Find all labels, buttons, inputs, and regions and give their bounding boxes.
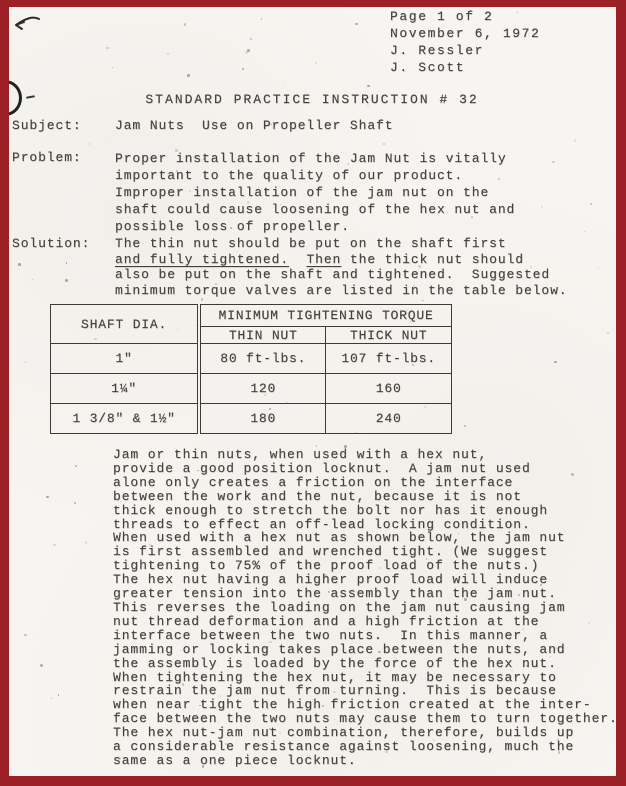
text-line: When used with a hex nut as shown below,… xyxy=(113,531,618,545)
table-cell: 80 ft-lbs. xyxy=(199,344,326,374)
text-line: tightening to 75% of the proof load of t… xyxy=(113,559,618,573)
table-header-thin-nut: THIN NUT xyxy=(199,327,326,344)
text-line: J. Ressler xyxy=(390,42,540,59)
text-line: provide a good position locknut. A jam n… xyxy=(113,462,618,476)
text-line: threads to effect an off-lead locking co… xyxy=(113,518,618,532)
pen-dash-mark xyxy=(26,95,35,99)
text-line: jamming or locking takes place between t… xyxy=(113,643,618,657)
text-line: also be put on the shaft and tightened. … xyxy=(115,267,567,283)
text-line: The thin nut should be put on the shaft … xyxy=(115,236,567,252)
table-row: 1 3/8" & 1½"180240 xyxy=(51,404,452,434)
text-line: between the work and the nut, because it… xyxy=(113,490,618,504)
text-line: alone only creates a friction on the int… xyxy=(113,476,618,490)
table-row: 1"80 ft-lbs.107 ft-lbs. xyxy=(51,344,452,374)
solution-text: The thin nut should be put on the shaft … xyxy=(115,236,567,298)
subject-text: Jam Nuts Use on Propeller Shaft xyxy=(115,118,393,133)
table-cell: 1 3/8" & 1½" xyxy=(51,404,200,434)
scanned-document-page: Page 1 of 2November 6, 1972J. ResslerJ. … xyxy=(0,0,626,786)
text-line: shaft could cause loosening of the hex n… xyxy=(115,201,515,218)
text-line: This reverses the loading on the jam nut… xyxy=(113,601,618,615)
table-cell: 107 ft-lbs. xyxy=(326,344,452,374)
table-header-thick-nut: THICK NUT xyxy=(326,327,452,344)
text-line: Page 1 of 2 xyxy=(390,8,540,25)
text-line: Jam or thin nuts, when used with a hex n… xyxy=(113,448,618,462)
text-line: face between the two nuts may cause them… xyxy=(113,712,618,726)
table-cell: 1¼" xyxy=(51,374,200,404)
text-line: a considerable resistance against loosen… xyxy=(113,740,618,754)
table-cell: 240 xyxy=(326,404,452,434)
text-line: interface between the two nuts. In this … xyxy=(113,629,618,643)
text-line: when near tight the high friction create… xyxy=(113,698,618,712)
table-cell: 160 xyxy=(326,374,452,404)
text-line: restrain the jam nut from turning. This … xyxy=(113,684,618,698)
text-line: is first assembled and wrenched tight. (… xyxy=(113,545,618,559)
pen-scribble-mark xyxy=(8,12,42,34)
solution-label: Solution: xyxy=(12,236,90,251)
problem-label: Problem: xyxy=(12,150,82,165)
text-line: the assembly is loaded by the force of t… xyxy=(113,657,618,671)
text-line: November 6, 1972 xyxy=(390,25,540,42)
document-header: Page 1 of 2November 6, 1972J. ResslerJ. … xyxy=(390,8,540,76)
subject-label: Subject: xyxy=(12,118,82,133)
text-line: same as a one piece locknut. xyxy=(113,754,618,768)
text-line: and fully tightened. Then the thick nut … xyxy=(115,252,567,268)
table-header-torque-group: MINIMUM TIGHTENING TORQUE xyxy=(199,305,451,327)
problem-text: Proper installation of the Jam Nut is vi… xyxy=(115,150,515,235)
table-cell: 1" xyxy=(51,344,200,374)
table-row: 1¼"120160 xyxy=(51,374,452,404)
text-line: J. Scott xyxy=(390,59,540,76)
torque-table-body: 1"80 ft-lbs.107 ft-lbs.1¼"1201601 3/8" &… xyxy=(51,344,452,434)
text-line: nut thread deformation and a high fricti… xyxy=(113,615,618,629)
table-cell: 120 xyxy=(199,374,326,404)
text-line: Improper installation of the jam nut on … xyxy=(115,184,515,201)
text-line: Proper installation of the Jam Nut is vi… xyxy=(115,150,515,167)
text-line: The hex nut having a higher proof load w… xyxy=(113,573,618,587)
torque-table: SHAFT DIA. MINIMUM TIGHTENING TORQUE THI… xyxy=(50,304,452,434)
text-line: When tightening the hex nut, it may be n… xyxy=(113,671,618,685)
body-paragraph: Jam or thin nuts, when used with a hex n… xyxy=(113,448,618,768)
text-line: greater tension into the assembly than t… xyxy=(113,587,618,601)
document-title: STANDARD PRACTICE INSTRUCTION # 32 xyxy=(102,92,522,107)
text-line: The hex nut-jam nut combination, therefo… xyxy=(113,726,618,740)
text-line: important to the quality of our product. xyxy=(115,167,515,184)
text-line: thick enough to stretch the bolt nor has… xyxy=(113,504,618,518)
table-header-shaft-dia: SHAFT DIA. xyxy=(51,305,200,344)
text-line: minimum torque valves are listed in the … xyxy=(115,283,567,299)
table-cell: 180 xyxy=(199,404,326,434)
text-line: possible loss of propeller. xyxy=(115,218,515,235)
punch-hole-mark xyxy=(0,80,22,116)
